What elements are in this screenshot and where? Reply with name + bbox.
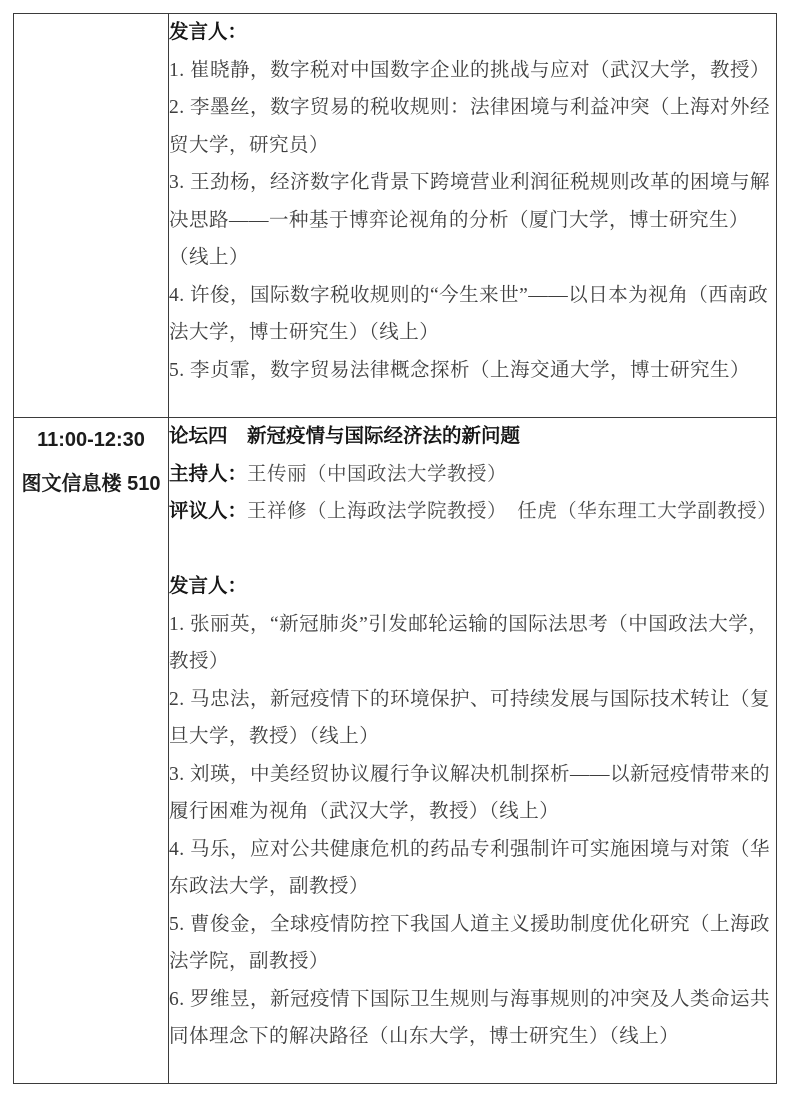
blank-line (169, 531, 776, 569)
speaker-item: 3. 王劲杨，经济数字化背景下跨境营业利润征税规则改革的困境与解决思路——一种基… (169, 164, 776, 277)
speaker-item: 2. 马忠法，新冠疫情下的环境保护、可持续发展与国际技术转让（复旦大学，教授）（… (169, 681, 776, 756)
conference-schedule-table: 发言人： 1. 崔晓静，数字税对中国数字企业的挑战与应对（武汉大学，教授） 2.… (13, 13, 777, 1084)
session-content-cell: 发言人： 1. 崔晓静，数字税对中国数字企业的挑战与应对（武汉大学，教授） 2.… (169, 14, 777, 418)
session-time: 11:00-12:30 (14, 418, 168, 462)
speaker-item: 5. 李贞霏，数字贸易法律概念探析（上海交通大学，博士研究生） (169, 352, 776, 390)
reviewer-names: 王祥修（上海政法学院教授） 任虎（华东理工大学副教授） (247, 501, 776, 522)
chair-name: 王传丽（中国政法大学教授） (247, 464, 507, 485)
speakers-label: 发言人： (169, 14, 776, 52)
speakers-label: 发言人： (169, 568, 776, 606)
reviewer-label: 评议人： (169, 500, 247, 522)
speaker-item: 3. 刘瑛，中美经贸协议履行争议解决机制探析——以新冠疫情带来的履行困难为视角（… (169, 756, 776, 831)
table-row: 发言人： 1. 崔晓静，数字税对中国数字企业的挑战与应对（武汉大学，教授） 2.… (14, 14, 777, 418)
time-location-cell: 11:00-12:30 图文信息楼 510 (14, 418, 169, 1084)
speaker-item: 4. 许俊，国际数字税收规则的“今生来世”——以日本为视角（西南政法大学，博士研… (169, 277, 776, 352)
session-location: 图文信息楼 510 (14, 462, 168, 506)
forum-title: 论坛四 新冠疫情与国际经济法的新问题 (169, 418, 776, 456)
time-location-cell-empty (14, 14, 169, 418)
session-content-cell: 论坛四 新冠疫情与国际经济法的新问题 主持人：王传丽（中国政法大学教授） 评议人… (169, 418, 777, 1084)
speaker-item: 6. 罗维昱，新冠疫情下国际卫生规则与海事规则的冲突及人类命运共同体理念下的解决… (169, 981, 776, 1056)
speaker-item: 1. 崔晓静，数字税对中国数字企业的挑战与应对（武汉大学，教授） (169, 52, 776, 90)
speaker-item: 1. 张丽英，“新冠肺炎”引发邮轮运输的国际法思考（中国政法大学，教授） (169, 606, 776, 681)
chair-line: 主持人：王传丽（中国政法大学教授） (169, 456, 776, 494)
speaker-item: 5. 曹俊金，全球疫情防控下我国人道主义援助制度优化研究（上海政法学院，副教授） (169, 906, 776, 981)
speaker-item: 2. 李墨丝，数字贸易的税收规则：法律困境与利益冲突（上海对外经贸大学，研究员） (169, 89, 776, 164)
document-page: 发言人： 1. 崔晓静，数字税对中国数字企业的挑战与应对（武汉大学，教授） 2.… (0, 0, 792, 1096)
speaker-item: 4. 马乐，应对公共健康危机的药品专利强制许可实施困境与对策（华东政法大学，副教… (169, 831, 776, 906)
chair-label: 主持人： (169, 463, 247, 485)
reviewer-line: 评议人：王祥修（上海政法学院教授） 任虎（华东理工大学副教授） (169, 493, 776, 531)
table-row: 11:00-12:30 图文信息楼 510 论坛四 新冠疫情与国际经济法的新问题… (14, 418, 777, 1084)
